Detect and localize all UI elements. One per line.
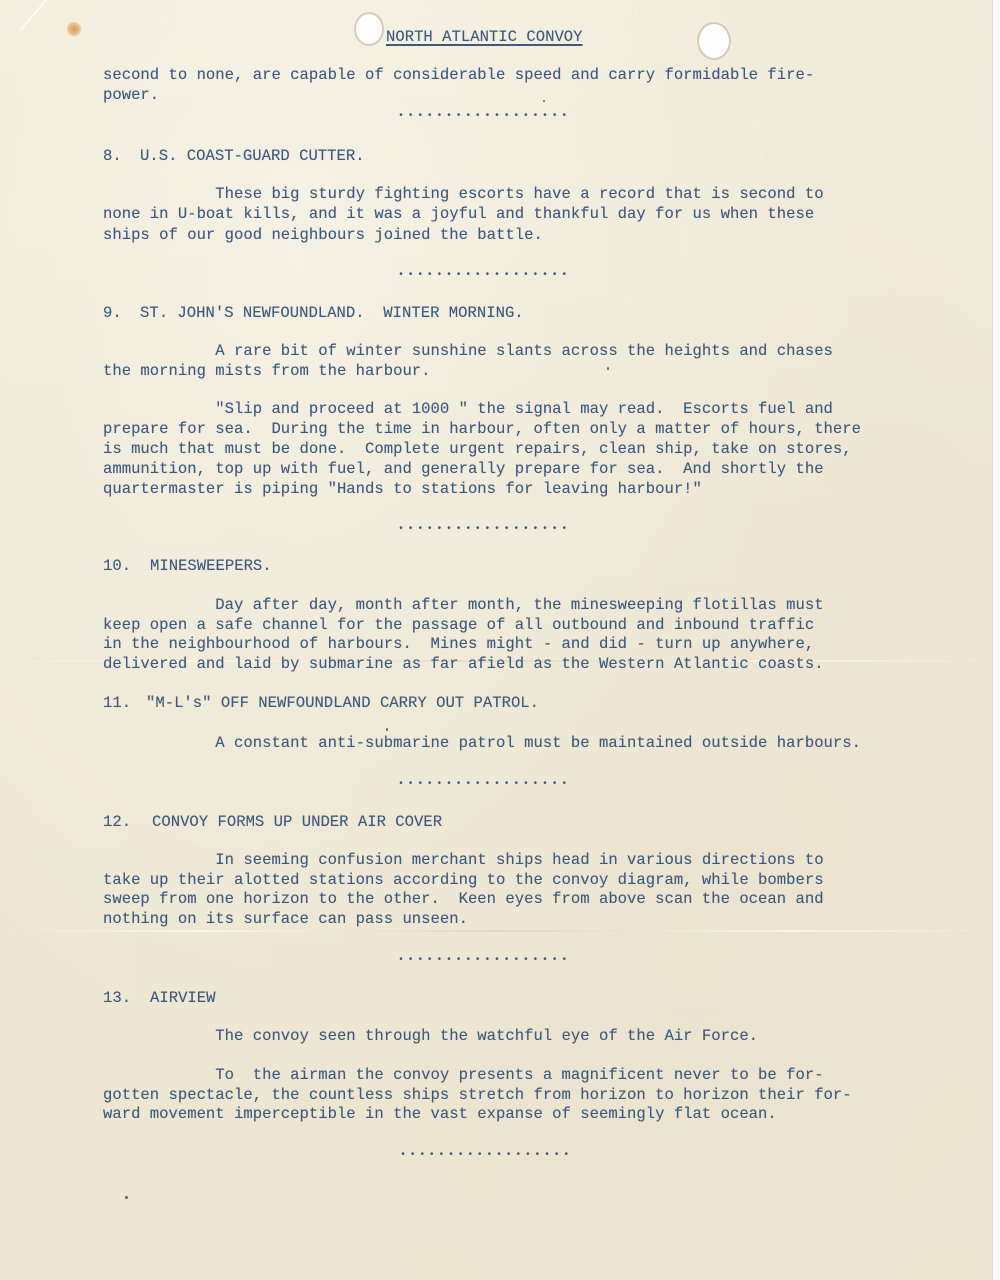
paper-speck bbox=[386, 728, 388, 731]
section-number: 13. bbox=[103, 989, 131, 1009]
section-separator: •••••••••••••••••• bbox=[398, 779, 571, 790]
section-number: 10. bbox=[103, 557, 131, 577]
body-line: none in U-boat kills, and it was a joyfu… bbox=[103, 205, 814, 225]
body-line: the morning mists from the harbour. bbox=[103, 362, 431, 382]
section-heading: MINESWEEPERS. bbox=[150, 557, 272, 577]
body-line: In seeming confusion merchant ships head… bbox=[103, 851, 824, 871]
section-heading: AIRVIEW bbox=[150, 989, 216, 1009]
body-line: To the airman the convoy presents a magn… bbox=[103, 1066, 824, 1086]
section-separator: •••••••••••••••••• bbox=[398, 111, 571, 122]
section-heading: ST. JOHN'S NEWFOUNDLAND. WINTER MORNING. bbox=[140, 304, 524, 324]
section-separator: •••••••••••••••••• bbox=[398, 270, 571, 281]
section-heading: CONVOY FORMS UP UNDER AIR COVER bbox=[152, 813, 442, 833]
body-line: ships of our good neighbours joined the … bbox=[103, 226, 543, 246]
paper-speck bbox=[607, 367, 609, 370]
body-line: prepare for sea. During the time in harb… bbox=[103, 420, 861, 440]
punch-hole bbox=[356, 14, 382, 44]
body-line: A constant anti-submarine patrol must be… bbox=[103, 734, 861, 754]
section-heading: "M-L's" OFF NEWFOUNDLAND CARRY OUT PATRO… bbox=[146, 694, 539, 714]
body-line: power. bbox=[103, 86, 159, 106]
body-line: in the neighbourhood of harbours. Mines … bbox=[103, 635, 814, 655]
section-separator: •••••••••••••••••• bbox=[398, 524, 571, 535]
body-line: ammunition, top up with fuel, and genera… bbox=[103, 460, 824, 480]
body-line: sweep from one horizon to the other. Kee… bbox=[103, 890, 824, 910]
section-separator: •••••••••••••••••• bbox=[398, 955, 571, 966]
body-line: delivered and laid by submarine as far a… bbox=[103, 655, 824, 675]
section-number: 9. bbox=[103, 304, 122, 324]
body-line: ward movement imperceptible in the vast … bbox=[103, 1105, 777, 1125]
body-line: A rare bit of winter sunshine slants acr… bbox=[103, 342, 833, 362]
body-line: take up their alotted stations according… bbox=[103, 871, 824, 891]
body-line: Day after day, month after month, the mi… bbox=[103, 596, 824, 616]
body-line: quartermaster is piping "Hands to statio… bbox=[103, 480, 702, 500]
section-number: 11. bbox=[103, 694, 131, 714]
body-line: These big sturdy fighting escorts have a… bbox=[103, 185, 824, 205]
body-line: nothing on its surface can pass unseen. bbox=[103, 910, 468, 930]
section-heading: U.S. COAST-GUARD CUTTER. bbox=[140, 147, 365, 167]
body-line: second to none, are capable of considera… bbox=[103, 66, 814, 86]
page-edge bbox=[992, 0, 1000, 1280]
section-number: 12. bbox=[103, 813, 131, 833]
fold-line bbox=[0, 930, 993, 932]
section-separator: •••••••••••••••••• bbox=[400, 1150, 573, 1161]
body-line: is much that must be done. Complete urge… bbox=[103, 440, 852, 460]
body-line: "Slip and proceed at 1000 " the signal m… bbox=[103, 400, 833, 420]
page-title: NORTH ATLANTIC CONVOY bbox=[386, 28, 583, 48]
paper-speck bbox=[125, 1196, 128, 1199]
punch-hole bbox=[699, 24, 729, 58]
paper-speck bbox=[543, 100, 545, 102]
section-number: 8. bbox=[103, 147, 122, 167]
body-line: The convoy seen through the watchful eye… bbox=[103, 1027, 758, 1047]
body-line: gotten spectacle, the countless ships st… bbox=[103, 1086, 852, 1106]
body-line: keep open a safe channel for the passage… bbox=[103, 616, 814, 636]
rust-stain bbox=[67, 22, 81, 36]
